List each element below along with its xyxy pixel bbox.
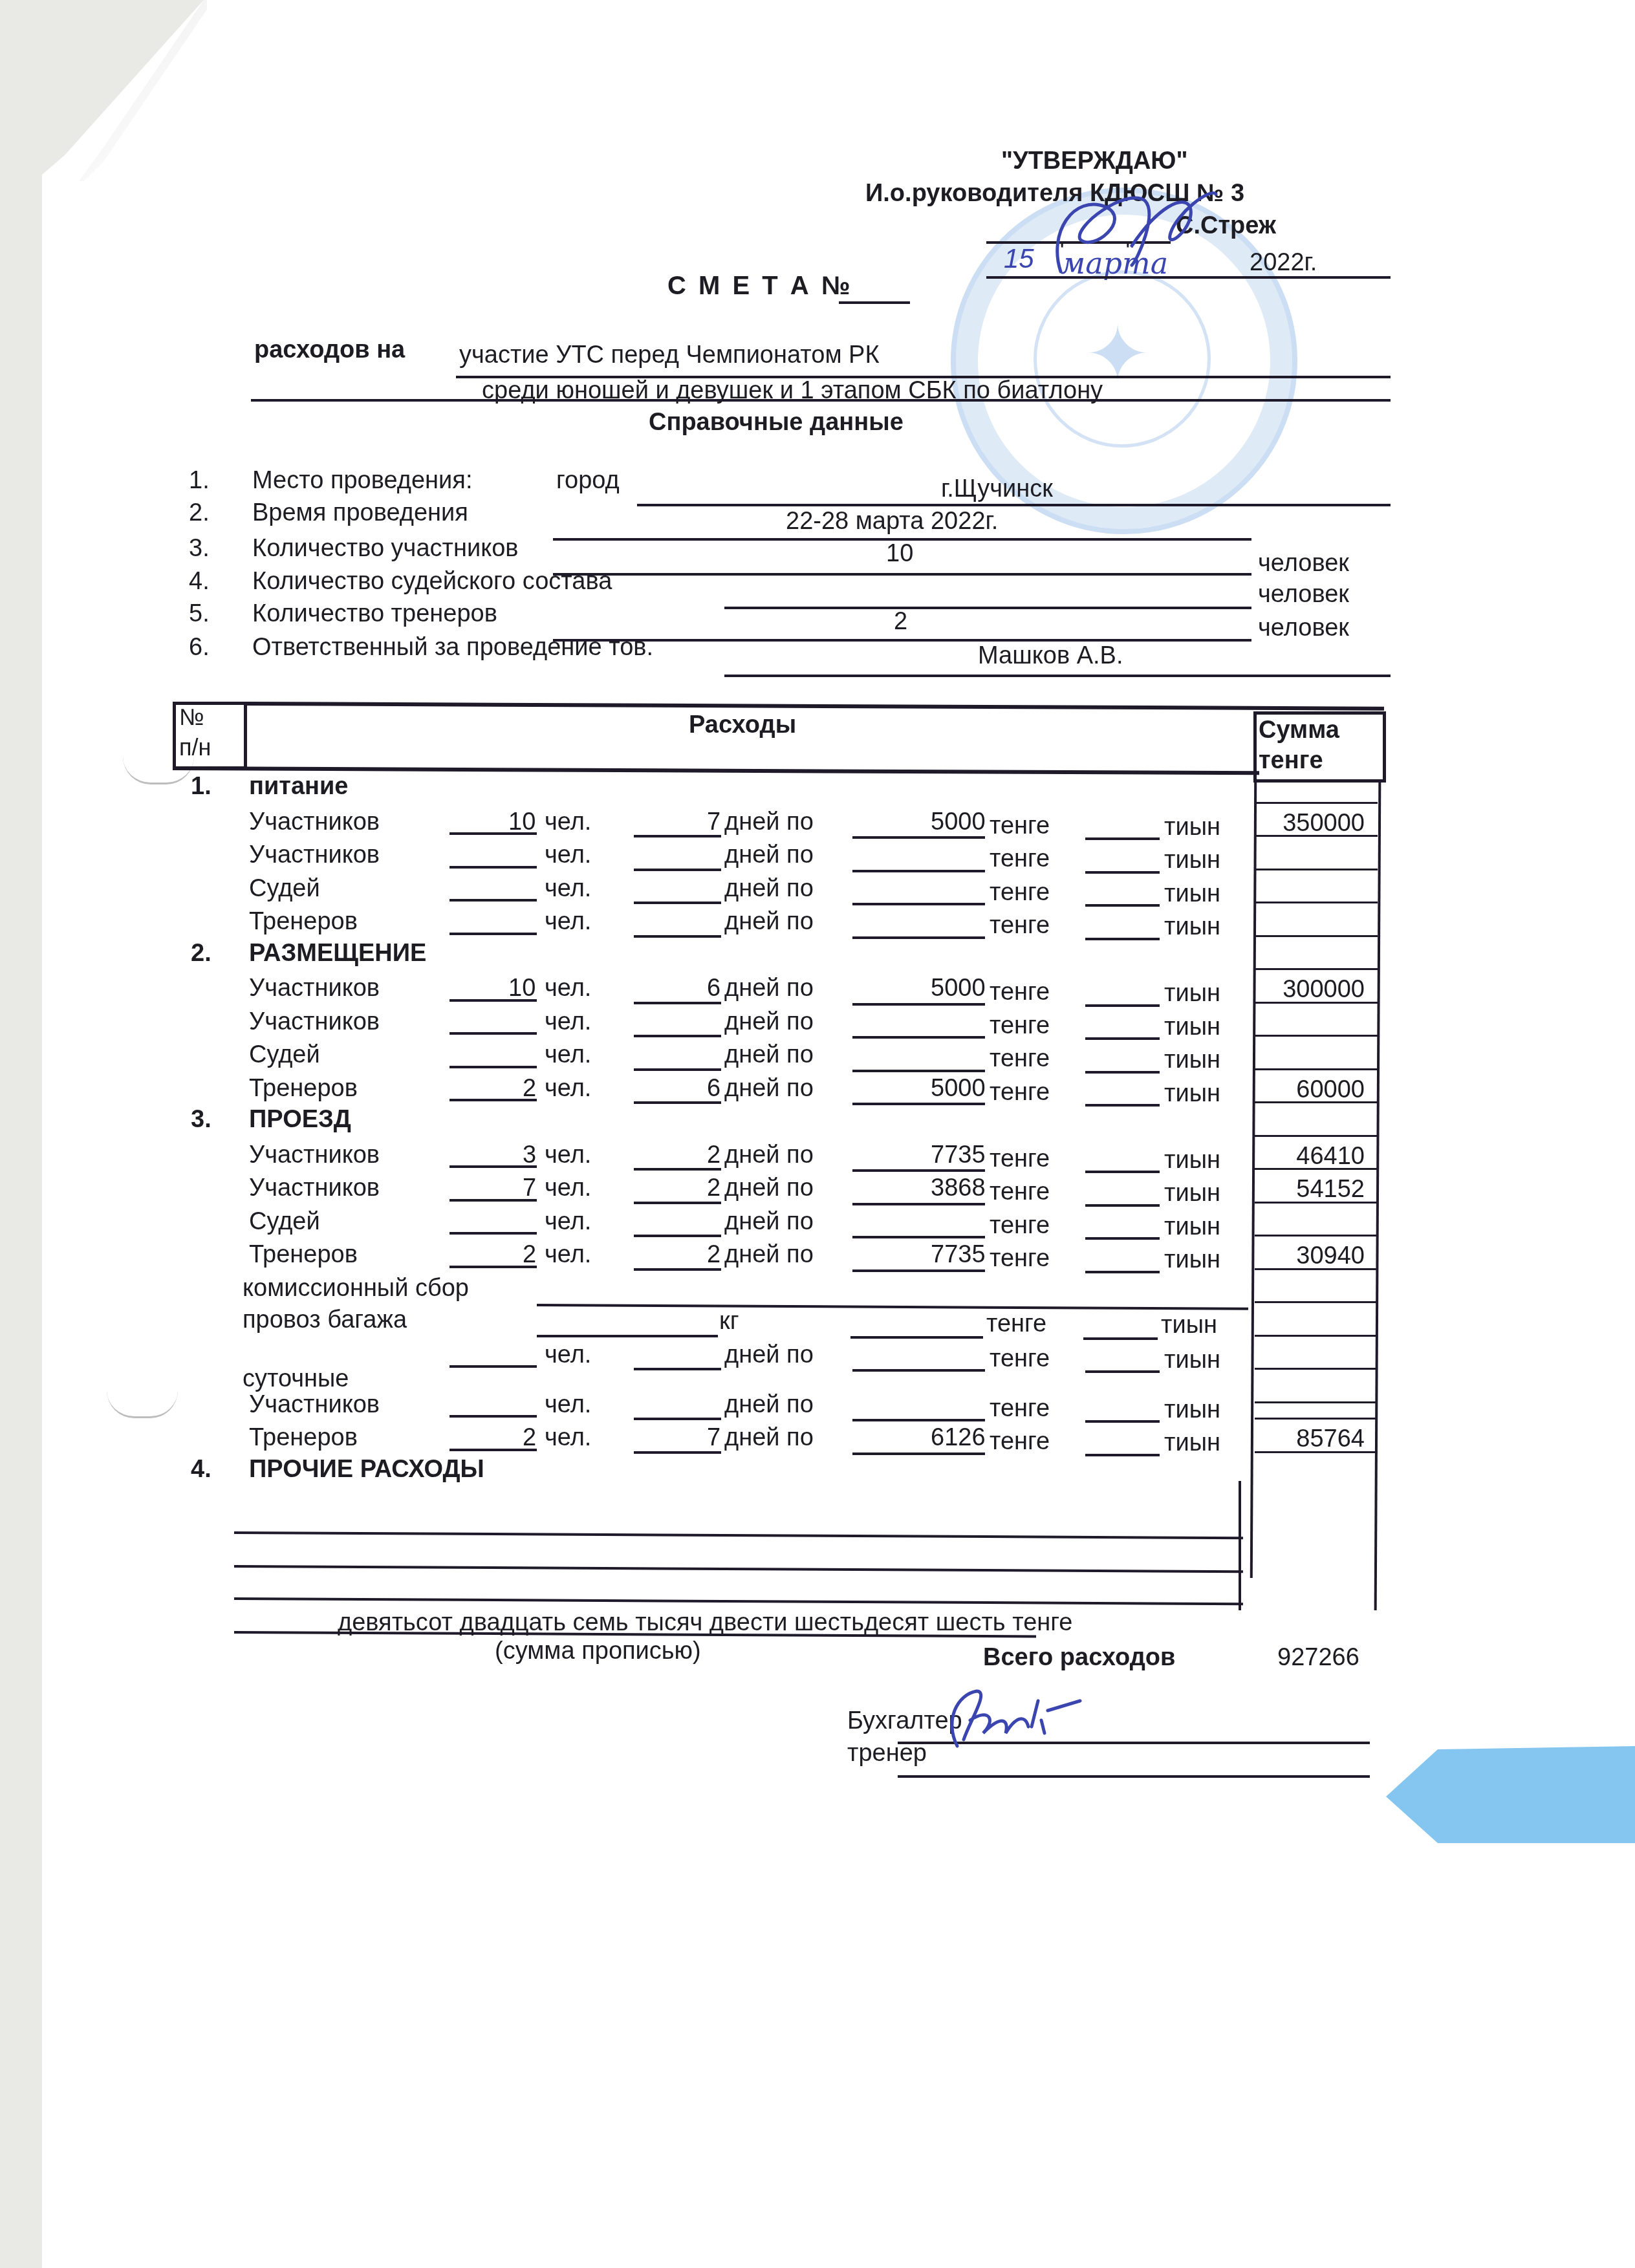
blank-line xyxy=(852,836,985,839)
reference-value-responsible: Машков А.В. xyxy=(978,642,1123,670)
days-unit: дней по xyxy=(724,1174,814,1202)
baggage-label: провоз багажа xyxy=(243,1306,407,1334)
people-unit: чел. xyxy=(545,875,591,903)
people-value: 10 xyxy=(508,808,536,836)
table-header-num-sub: п/н xyxy=(179,734,211,761)
blank-line xyxy=(852,1203,985,1205)
price-value: 3868 xyxy=(931,1174,986,1202)
reference-label: Количество тренеров xyxy=(252,600,497,628)
blank-line xyxy=(537,1335,718,1337)
people-unit: чел. xyxy=(545,1341,591,1369)
days-value: 7 xyxy=(707,808,720,836)
tiyn-unit: тиын xyxy=(1164,1429,1220,1457)
blank-line xyxy=(449,1415,537,1418)
days-unit: дней по xyxy=(724,1141,814,1169)
sum-cell-border xyxy=(1255,1301,1378,1303)
price-value: 7735 xyxy=(931,1241,986,1269)
days-unit: дней по xyxy=(724,1341,814,1369)
tenge-unit: тенге xyxy=(990,1245,1050,1273)
reference-num: 2. xyxy=(189,499,210,527)
blank-line xyxy=(634,869,721,871)
people-value: 10 xyxy=(508,975,536,1002)
reference-value-participants: 10 xyxy=(886,540,913,568)
sum-cell-value: 85764 xyxy=(1255,1425,1365,1453)
blank-line xyxy=(449,866,537,869)
days-value: 6 xyxy=(707,1075,720,1103)
row-label: Участников xyxy=(249,975,380,1002)
blank-line xyxy=(1085,1071,1160,1074)
commission-label: комиссионный сбор xyxy=(243,1275,469,1302)
section-number: 3. xyxy=(191,1106,211,1134)
blank-line xyxy=(852,870,985,872)
section-number: 2. xyxy=(191,940,211,967)
tenge-unit: тенге xyxy=(990,1079,1050,1107)
section-number: 1. xyxy=(191,773,211,801)
approval-title: "УТВЕРЖДАЮ" xyxy=(1001,147,1188,175)
tiyn-unit: тиын xyxy=(1164,1013,1220,1041)
tiyn-unit: тиын xyxy=(1164,1246,1220,1274)
tiyn-unit: тиын xyxy=(1164,1046,1220,1074)
days-unit: дней по xyxy=(724,1008,814,1036)
days-unit: дней по xyxy=(724,841,814,869)
days-value: 7 xyxy=(707,1424,720,1452)
row-label: Участников xyxy=(249,841,380,869)
sum-cell-border xyxy=(1255,1335,1378,1337)
sum-cell-value: 46410 xyxy=(1255,1143,1365,1171)
reference-underline xyxy=(553,573,1251,576)
blank-line xyxy=(852,1003,985,1006)
sum-cell-value: 60000 xyxy=(1255,1076,1365,1104)
row-label: Тренеров xyxy=(249,1075,358,1103)
blank-line xyxy=(449,1365,537,1368)
blank-line xyxy=(852,903,985,905)
tiyn-unit: тиын xyxy=(1164,1396,1220,1424)
reference-num: 6. xyxy=(189,634,210,662)
people-value: 3 xyxy=(523,1141,536,1169)
reference-underline xyxy=(724,607,1251,609)
estimate-title: С М Е Т А № xyxy=(667,272,852,301)
sum-cell-border xyxy=(1255,1368,1378,1370)
people-unit: чел. xyxy=(545,1008,591,1036)
sum-cell-border xyxy=(1255,869,1378,870)
blank-line xyxy=(850,1336,983,1339)
sum-cell-border xyxy=(1255,802,1378,804)
price-value: 7735 xyxy=(931,1141,986,1169)
blank-line xyxy=(634,1035,721,1037)
people-unit: чел. xyxy=(545,1174,591,1202)
blank-line xyxy=(634,1068,721,1071)
sum-cell-value: 300000 xyxy=(1255,976,1365,1004)
accountant-signature xyxy=(918,1681,1087,1753)
days-unit: дней по xyxy=(724,975,814,1002)
reference-num: 3. xyxy=(189,535,210,563)
total-label: Всего расходов xyxy=(983,1644,1175,1672)
sum-cell-value: 30940 xyxy=(1255,1242,1365,1270)
tiyn-unit: тиын xyxy=(1164,913,1220,941)
other-expenses-right-border xyxy=(1239,1481,1241,1610)
reference-unit: человек xyxy=(1258,614,1349,642)
people-unit: чел. xyxy=(545,1208,591,1236)
blank-line xyxy=(1083,1337,1158,1340)
days-unit: дней по xyxy=(724,1391,814,1419)
blank-line xyxy=(1085,1104,1160,1107)
reference-num: 1. xyxy=(189,467,210,495)
blank-line xyxy=(1085,871,1160,874)
people-value: 2 xyxy=(523,1424,536,1452)
row-label: Участников xyxy=(249,1391,380,1419)
blank-line xyxy=(449,899,537,902)
blank-line xyxy=(1085,837,1160,840)
blank-line xyxy=(852,936,985,939)
days-unit: дней по xyxy=(724,1424,814,1452)
tenge-unit: тенге xyxy=(990,812,1050,840)
days-value: 6 xyxy=(707,975,720,1002)
blank-line xyxy=(634,902,721,904)
document-page xyxy=(0,0,1635,2268)
reference-label: Место проведения: xyxy=(252,467,472,495)
coach-signature-line xyxy=(898,1775,1370,1778)
section-number: 4. xyxy=(191,1456,211,1484)
reference-label: Количество участников xyxy=(252,535,519,563)
days-unit: дней по xyxy=(724,1208,814,1236)
blank-line xyxy=(852,1236,985,1238)
row-label: Тренеров xyxy=(249,1424,358,1452)
blank-line xyxy=(1085,904,1160,907)
tenge-unit: тенге xyxy=(990,1012,1050,1040)
sum-cell-border xyxy=(1255,1035,1378,1037)
reference-sublabel: город xyxy=(556,467,620,495)
row-label: Участников xyxy=(249,1008,380,1036)
tiyn-unit: тиын xyxy=(1161,1312,1217,1339)
people-unit: чел. xyxy=(545,1424,591,1452)
people-unit: чел. xyxy=(545,1141,591,1169)
tenge-unit: тенге xyxy=(990,1212,1050,1240)
tiyn-unit: тиын xyxy=(1164,1180,1220,1207)
reference-underline xyxy=(724,675,1391,677)
sum-cell-border xyxy=(1255,1418,1378,1420)
blank-line xyxy=(449,1066,537,1068)
days-unit: дней по xyxy=(724,808,814,836)
tenge-unit: тенге xyxy=(990,1145,1050,1173)
section-title: ПРОЕЗД xyxy=(249,1106,351,1134)
blank-line xyxy=(852,1070,985,1072)
tiyn-unit: тиын xyxy=(1164,880,1220,908)
coach-label: тренер xyxy=(847,1740,927,1767)
reference-heading: Справочные данные xyxy=(649,409,904,437)
tenge-unit: тенге xyxy=(990,879,1050,907)
blank-line xyxy=(852,1269,985,1272)
tiyn-unit: тиын xyxy=(1164,1080,1220,1108)
approval-date-day: 15 xyxy=(1004,243,1034,274)
blank-line xyxy=(449,1232,537,1235)
days-value: 2 xyxy=(707,1174,720,1202)
price-value: 5000 xyxy=(931,1075,986,1103)
total-value: 927266 xyxy=(1277,1644,1359,1672)
row-label: Участников xyxy=(249,808,380,836)
blank-line xyxy=(634,935,721,938)
blank-line xyxy=(1085,1037,1160,1040)
blank-line xyxy=(852,1103,985,1105)
row-label: Судей xyxy=(249,875,320,903)
row-label: Судей xyxy=(249,1208,320,1236)
blank-line xyxy=(1085,1420,1160,1423)
days-unit: дней по xyxy=(724,1041,814,1069)
sum-cell-value: 350000 xyxy=(1255,810,1365,837)
blank-line xyxy=(852,1036,985,1039)
blank-line xyxy=(1085,938,1160,940)
days-unit: дней по xyxy=(724,1241,814,1269)
row-label: Судей xyxy=(249,1041,320,1069)
tenge-unit: тенге xyxy=(990,912,1050,940)
reference-unit: человек xyxy=(1258,581,1349,609)
reference-label: Ответственный за проведение тов. xyxy=(252,634,653,662)
sum-cell-border xyxy=(1255,1135,1378,1137)
per-diem-label: суточные xyxy=(243,1365,349,1393)
blank-line xyxy=(1085,1271,1160,1273)
tenge-unit: тенге xyxy=(990,978,1050,1006)
blank-line xyxy=(852,1419,985,1421)
approval-date-year: 2022г. xyxy=(1250,249,1317,277)
tiyn-unit: тиын xyxy=(1164,980,1220,1008)
blank-line xyxy=(1085,1237,1160,1240)
blank-line xyxy=(1085,1370,1160,1373)
table-header-sum-sub: тенге xyxy=(1259,747,1323,775)
tenge-unit: тенге xyxy=(990,1045,1050,1073)
reference-underline xyxy=(553,639,1251,642)
blank-line xyxy=(449,933,537,935)
blank-line xyxy=(449,1032,537,1035)
table-header-sum: Сумма xyxy=(1259,717,1339,744)
people-unit: чел. xyxy=(545,1041,591,1069)
reference-value-coaches: 2 xyxy=(894,608,907,636)
people-value: 2 xyxy=(523,1075,536,1103)
kg-unit: кг xyxy=(719,1308,739,1335)
tenge-unit: тенге xyxy=(990,845,1050,873)
tiyn-unit: тиын xyxy=(1164,1346,1220,1374)
blank-line xyxy=(1085,1204,1160,1207)
reference-num: 4. xyxy=(189,568,210,596)
days-unit: дней по xyxy=(724,908,814,936)
days-value: 2 xyxy=(707,1241,720,1269)
people-unit: чел. xyxy=(545,975,591,1002)
blank-line xyxy=(852,1169,985,1172)
estimate-number-line xyxy=(839,301,910,304)
sum-cell-border xyxy=(1255,1068,1378,1070)
reference-num: 5. xyxy=(189,600,210,628)
reference-underline xyxy=(637,504,1391,506)
days-unit: дней по xyxy=(724,875,814,903)
tenge-unit: тенге xyxy=(990,1345,1050,1373)
purpose-underline-2 xyxy=(251,399,1391,402)
table-header-num: № xyxy=(179,704,204,731)
blank-line xyxy=(1085,1454,1160,1456)
reference-value-venue: г.Щучинск xyxy=(941,475,1053,503)
sum-cell-border xyxy=(1255,902,1378,903)
blank-line xyxy=(852,1369,985,1372)
tiyn-unit: тиын xyxy=(1164,847,1220,874)
tiyn-unit: тиын xyxy=(1164,814,1220,841)
people-unit: чел. xyxy=(545,841,591,869)
tenge-unit: тенге xyxy=(990,1395,1050,1423)
tenge-unit: тенге xyxy=(986,1310,1046,1338)
people-value: 2 xyxy=(523,1241,536,1269)
blank-line xyxy=(1085,1171,1160,1173)
people-unit: чел. xyxy=(545,1391,591,1419)
director-signature xyxy=(1035,181,1229,285)
sum-cell-border xyxy=(1255,1401,1378,1403)
sum-cell-border xyxy=(1255,968,1378,970)
blank-line xyxy=(634,1235,721,1237)
amount-in-words-caption: (сумма прописью) xyxy=(495,1637,701,1665)
reference-label: Время проведения xyxy=(252,499,468,527)
reference-value-dates: 22-28 марта 2022г. xyxy=(786,508,998,535)
row-label: Участников xyxy=(249,1141,380,1169)
price-value: 5000 xyxy=(931,808,986,836)
blank-line xyxy=(1085,1004,1160,1007)
row-label: Тренеров xyxy=(249,908,358,936)
purpose-label: расходов на xyxy=(254,336,405,364)
table-header-expenses: Расходы xyxy=(689,711,796,739)
blank-line xyxy=(634,1418,721,1420)
row-label: Тренеров xyxy=(249,1241,358,1269)
people-unit: чел. xyxy=(545,1075,591,1103)
purpose-line-1: участие УТС перед Чемпионатом РК xyxy=(459,341,880,369)
people-unit: чел. xyxy=(545,808,591,836)
sum-cell-border xyxy=(1255,935,1378,937)
blank-line xyxy=(634,1368,721,1370)
tenge-unit: тенге xyxy=(990,1178,1050,1206)
price-value: 5000 xyxy=(931,975,986,1002)
people-value: 7 xyxy=(523,1174,536,1202)
tiyn-unit: тиын xyxy=(1164,1147,1220,1174)
tenge-unit: тенге xyxy=(990,1428,1050,1456)
days-unit: дней по xyxy=(724,1075,814,1103)
blank-line xyxy=(852,1453,985,1455)
section-title: ПРОЧИЕ РАСХОДЫ xyxy=(249,1456,484,1484)
days-value: 2 xyxy=(707,1141,720,1169)
people-unit: чел. xyxy=(545,908,591,936)
tiyn-unit: тиын xyxy=(1164,1213,1220,1241)
section-title: РАЗМЕЩЕНИЕ xyxy=(249,940,426,967)
people-unit: чел. xyxy=(545,1241,591,1269)
reference-unit: человек xyxy=(1258,550,1349,578)
reference-label: Количество судейского состава xyxy=(252,568,612,596)
sum-cell-border xyxy=(1255,1235,1378,1237)
row-label: Участников xyxy=(249,1174,380,1202)
sum-cell-value: 54152 xyxy=(1255,1176,1365,1204)
section-title: питание xyxy=(249,773,349,801)
price-value: 6126 xyxy=(931,1424,986,1452)
